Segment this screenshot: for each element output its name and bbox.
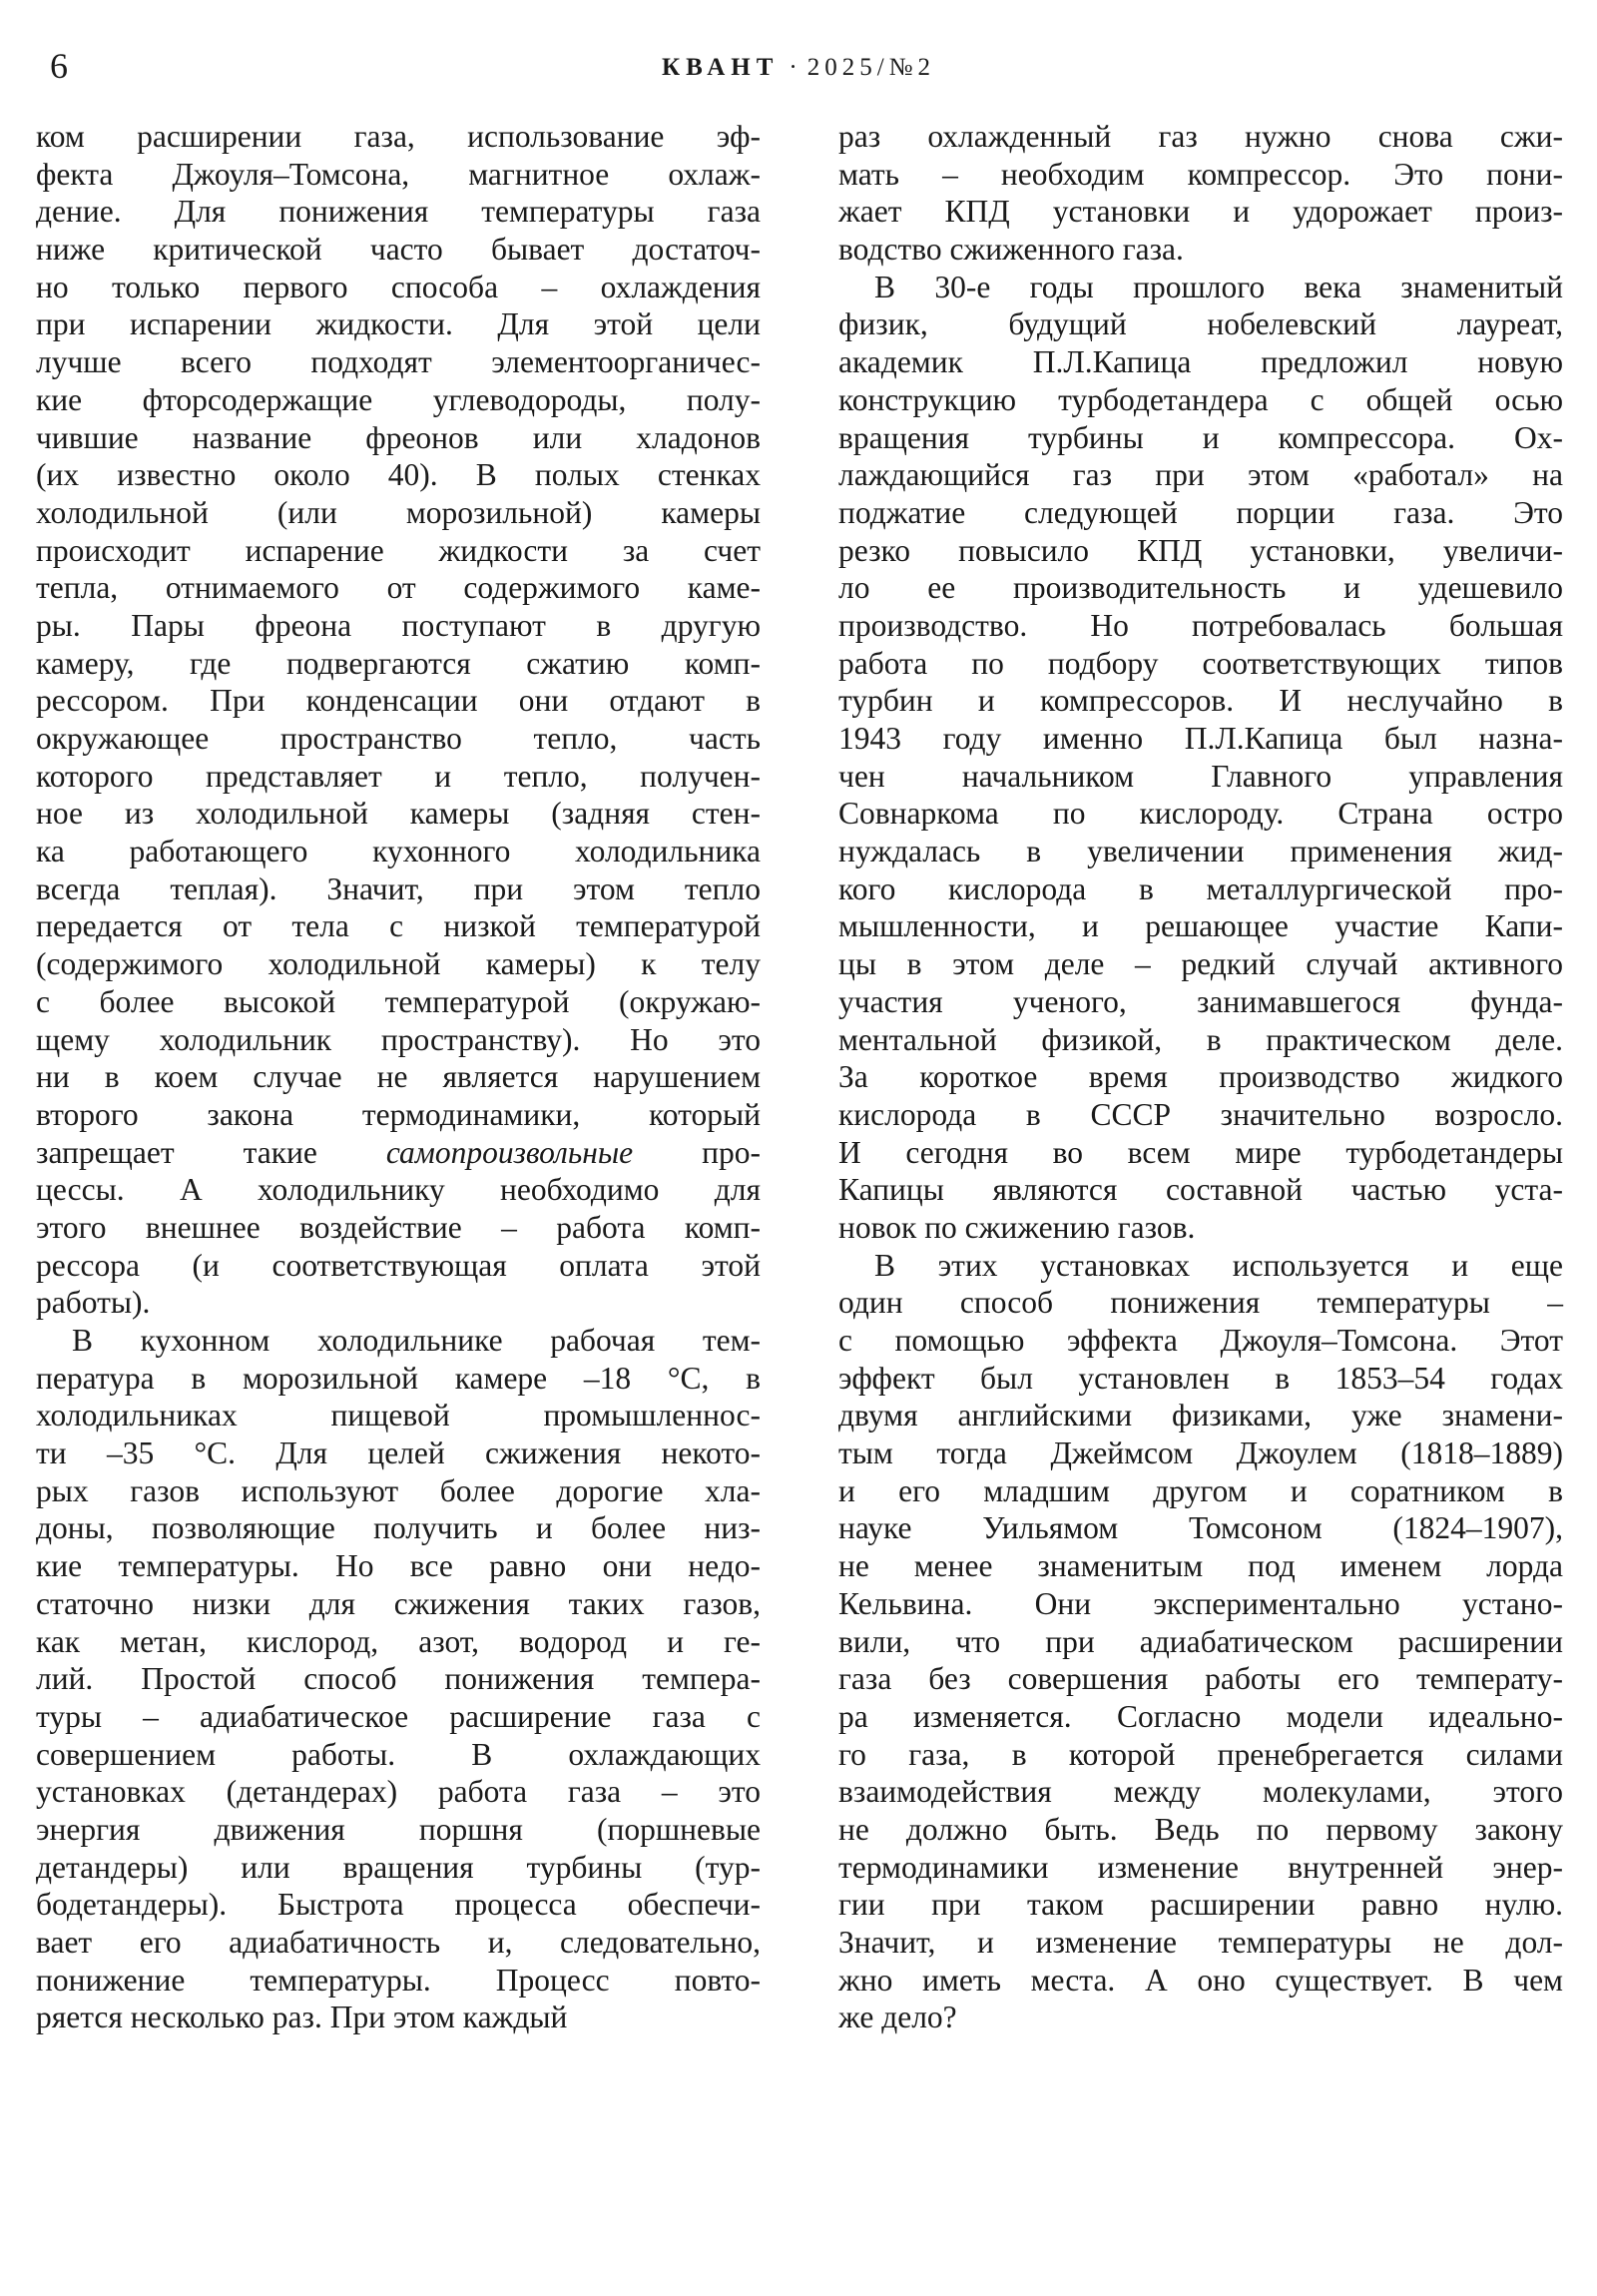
text-line: мышленности, и решающее участие Капи- [838, 907, 1563, 945]
text-line: рессора (и соответствующая оплата этой [36, 1247, 761, 1285]
text-line: доны, позволяющие получить и более низ- [36, 1509, 761, 1547]
text-line: газа без совершения работы его температу… [838, 1660, 1563, 1698]
text-line: которого представляет и тепло, получен- [36, 758, 761, 796]
text-line: жает КПД установки и удорожает произ- [838, 193, 1563, 231]
text-line: поджатие следующей порции газа. Это [838, 494, 1563, 532]
text-column-left: ком расширении газа, использование эф-фе… [36, 118, 761, 2036]
text-line: (их известно около 40). В полых стенках [36, 456, 761, 494]
text-line: установках (детандерах) работа газа – эт… [36, 1773, 761, 1811]
text-line: кие температуры. Но все равно они недо- [36, 1547, 761, 1585]
text-line: ло ее производительность и удешевило [838, 569, 1563, 607]
text-line: ряется несколько раз. При этом каждый [36, 1999, 761, 2036]
text-line: вили, что при адиабатическом расширении [838, 1623, 1563, 1661]
text-line: го газа, в которой пренебрегается силами [838, 1736, 1563, 1774]
text-line: с помощью эффекта Джоуля–Томсона. Этот [838, 1322, 1563, 1360]
text-line: чен начальником Главного управления [838, 758, 1563, 796]
text-line: происходит испарение жидкости за счет [36, 532, 761, 570]
text-line: гии при таком расширении равно нулю. [838, 1886, 1563, 1924]
text-line: при испарении жидкости. Для этой цели [36, 305, 761, 343]
text-line: но только первого способа – охлаждения [36, 269, 761, 306]
text-line: лаждающийся газ при этом «работал» на [838, 456, 1563, 494]
text-line: ти –35 °С. Для целей сжижения некото- [36, 1435, 761, 1472]
text-line: один способ понижения температуры – [838, 1284, 1563, 1322]
text-line: физик, будущий нобелевский лауреат, [838, 305, 1563, 343]
text-line: совершением работы. В охлаждающих [36, 1736, 761, 1774]
text-line: цессы. А холодильнику необходимо для [36, 1171, 761, 1209]
text-line: фекта Джоуля–Томсона, магнитное охлаж- [36, 156, 761, 194]
text-line: ниже критической часто бывает достаточ- [36, 231, 761, 269]
text-line: передается от тела с низкой температурой [36, 907, 761, 945]
text-line: окружающее пространство тепло, часть [36, 720, 761, 758]
text-line: чившие название фреонов или хладонов [36, 419, 761, 457]
text-line: мать – необходим компрессор. Это пони- [838, 156, 1563, 194]
text-line: бодетандеры). Быстрота процесса обеспечи… [36, 1886, 761, 1924]
text-line: щему холодильник пространству). Но это [36, 1021, 761, 1059]
text-line: работы). [36, 1284, 761, 1322]
text-line: раз охлажденный газ нужно снова сжи- [838, 118, 1563, 156]
text-line: Кельвина. Они экспериментально устано- [838, 1585, 1563, 1623]
text-line: нуждалась в увеличении применения жид- [838, 833, 1563, 870]
text-line: энергия движения поршня (поршневые [36, 1811, 761, 1849]
text-line: и его младшим другом и соратником в [838, 1472, 1563, 1510]
text-line: вращения турбины и компрессора. Ох- [838, 419, 1563, 457]
text-line: Значит, и изменение температуры не дол- [838, 1924, 1563, 1962]
text-line: кие фторсодержащие углеводороды, полу- [36, 381, 761, 419]
text-line: взаимодействия между молекулами, этого [838, 1773, 1563, 1811]
text-line: Совнаркома по кислороду. Страна остро [838, 795, 1563, 833]
text-column-right: раз охлажденный газ нужно снова сжи-мать… [838, 118, 1563, 2036]
text-line: ное из холодильной камеры (задняя стен- [36, 795, 761, 833]
text-line: вает его адиабатичность и, следовательно… [36, 1924, 761, 1962]
text-line: В 30-е годы прошлого века знаменитый [838, 269, 1563, 306]
text-line: жно иметь места. А оно существует. В чем [838, 1962, 1563, 2000]
text-line: не должно быть. Ведь по первому закону [838, 1811, 1563, 1849]
text-line: дение. Для понижения температуры газа [36, 193, 761, 231]
text-line: туры – адиабатическое расширение газа с [36, 1698, 761, 1736]
text-fragment: запрещает такие [36, 1135, 386, 1170]
running-header: 6 КВАНТ·2025/№2 [0, 44, 1597, 94]
text-line: тым тогда Джеймсом Джоулем (1818–1889) [838, 1435, 1563, 1472]
text-line: термодинамики изменение внутренней энер- [838, 1849, 1563, 1887]
text-line: Капицы являются составной частью уста- [838, 1171, 1563, 1209]
text-line: производство. Но потребовалась большая [838, 607, 1563, 645]
text-line: (содержимого холодильной камеры) к телу [36, 945, 761, 983]
text-line: кислорода в СССР значительно возросло. [838, 1096, 1563, 1134]
text-line: ни в коем случае не является нарушением [36, 1058, 761, 1096]
text-line: 1943 году именно П.Л.Капица был назна- [838, 720, 1563, 758]
text-line: ком расширении газа, использование эф- [36, 118, 761, 156]
text-line: эффект был установлен в 1853–54 годах [838, 1360, 1563, 1398]
text-line: запрещает такие самопроизвольные про- [36, 1134, 761, 1172]
text-line: всегда теплая). Значит, при этом тепло [36, 870, 761, 908]
text-line: кого кислорода в металлургической про- [838, 870, 1563, 908]
text-line: В кухонном холодильнике рабочая тем- [36, 1322, 761, 1360]
text-line: новок по сжижению газов. [838, 1209, 1563, 1247]
text-line: В этих установках используется и еще [838, 1247, 1563, 1285]
text-line: За короткое время производство жидкого [838, 1058, 1563, 1096]
text-line: с более высокой температурой (окружаю- [36, 983, 761, 1021]
text-line: двумя английскими физиками, уже знамени- [838, 1397, 1563, 1435]
text-line: участия ученого, занимавшегося фунда- [838, 983, 1563, 1021]
text-line: рессором. При конденсации они отдают в [36, 682, 761, 720]
title-separator: · [789, 54, 797, 81]
emphasis: самопроизвольные [386, 1135, 633, 1170]
text-line: статочно низки для сжижения таких газов, [36, 1585, 761, 1623]
text-line: конструкцию турбодетандера с общей осью [838, 381, 1563, 419]
text-line: холодильниках пищевой промышленнос- [36, 1397, 761, 1435]
text-line: пература в морозильной камере –18 °С, в [36, 1360, 761, 1398]
text-line: водство сжиженного газа. [838, 231, 1563, 269]
text-line: тепла, отнимаемого от содержимого каме- [36, 569, 761, 607]
text-fragment: про- [633, 1135, 761, 1170]
text-line: ра изменяется. Согласно модели идеально- [838, 1698, 1563, 1736]
text-line: турбин и компрессоров. И неслучайно в [838, 682, 1563, 720]
magazine-name: КВАНТ [662, 54, 779, 81]
text-line: науке Уильямом Томсоном (1824–1907), [838, 1509, 1563, 1547]
text-line: цы в этом деле – редкий случай активного [838, 945, 1563, 983]
text-line: И сегодня во всем мире турбодетандеры [838, 1134, 1563, 1172]
running-title: КВАНТ·2025/№2 [0, 48, 1597, 88]
text-line: академик П.Л.Капица предложил новую [838, 343, 1563, 381]
text-line: ментальной физикой, в практическом деле. [838, 1021, 1563, 1059]
text-line: работа по подбору соответствующих типов [838, 645, 1563, 683]
text-line: рых газов используют более дорогие хла- [36, 1472, 761, 1510]
text-line: резко повысило КПД установки, увеличи- [838, 532, 1563, 570]
text-line: этого внешнее воздействие – работа комп- [36, 1209, 761, 1247]
text-line: не менее знаменитым под именем лорда [838, 1547, 1563, 1585]
text-line: понижение температуры. Процесс повто- [36, 1962, 761, 2000]
text-line: лий. Простой способ понижения темпера- [36, 1660, 761, 1698]
text-line: второго закона термодинамики, который [36, 1096, 761, 1134]
text-line: детандеры) или вращения турбины (тур- [36, 1849, 761, 1887]
text-line: же дело? [838, 1999, 1563, 2036]
text-line: как метан, кислород, азот, водород и ге- [36, 1623, 761, 1661]
text-line: ка работающего кухонного холодильника [36, 833, 761, 870]
issue-number: 2025/№2 [807, 54, 935, 81]
text-line: ры. Пары фреона поступают в другую [36, 607, 761, 645]
text-line: камеру, где подвергаются сжатию комп- [36, 645, 761, 683]
text-line: холодильной (или морозильной) камеры [36, 494, 761, 532]
text-line: лучше всего подходят элементоорганичес- [36, 343, 761, 381]
